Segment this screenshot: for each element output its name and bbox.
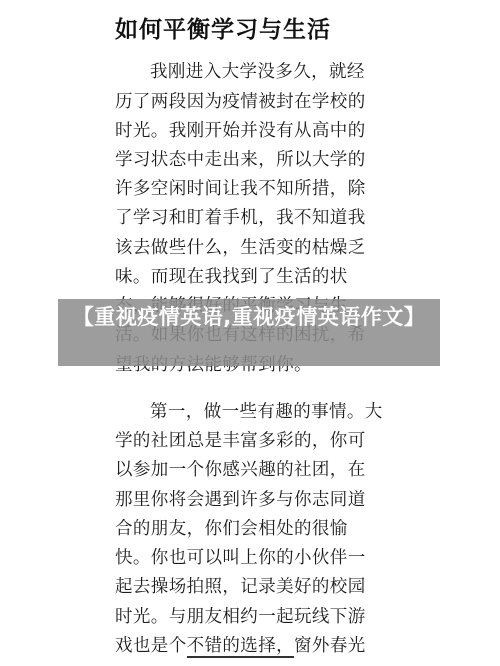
paragraph-line-last: 戏也是个不错的选择，窗外春光	[115, 632, 366, 660]
paragraph-line: 时光。与朋友相约一起玩线下游	[115, 603, 366, 631]
paragraph-line: 味。而现在我找到了生活的状	[115, 263, 348, 291]
paragraph-line: 了学习和盯着手机，我不知道我	[115, 204, 366, 232]
paragraph-line: 该去做些什么，生活变的枯燥乏	[115, 234, 366, 262]
paragraph-line: 起去操场拍照，记录美好的校园	[115, 573, 366, 601]
line-text: 戏也是个	[115, 636, 187, 656]
paragraph-line: 时光。我刚开始并没有从高中的	[115, 117, 366, 145]
paragraph-line: 学的社团总是丰富多彩的，你可	[115, 427, 366, 455]
paragraph-line: 以参加一个你感兴趣的社团，在	[115, 456, 366, 484]
paragraph-line: 学习状态中走出来，所以大学的	[115, 146, 366, 174]
article-title: 如何平衡学习与生活	[115, 10, 331, 50]
paragraph-line: 历了两段因为疫情被封在学校的	[115, 88, 366, 116]
paragraph-line: 快。你也可以叫上你的小伙伴一	[115, 544, 366, 572]
paragraph-line: 我刚进入大学没多久，就经	[150, 58, 365, 86]
underlined-text: 不错的选择，	[187, 636, 294, 658]
overlay-banner-text: 【重视疫情英语,重视疫情英语作文】	[58, 302, 440, 332]
paragraph-line: 第一，做一些有趣的事情。大	[150, 398, 383, 426]
paragraph-line: 合的朋友，你们会相处的很愉	[115, 515, 348, 543]
paragraph-line: 许多空闲时间让我不知所措，除	[115, 175, 366, 203]
paragraph-line: 那里你将会遇到许多与你志同道	[115, 486, 366, 514]
line-text: 窗外春光	[294, 636, 366, 656]
